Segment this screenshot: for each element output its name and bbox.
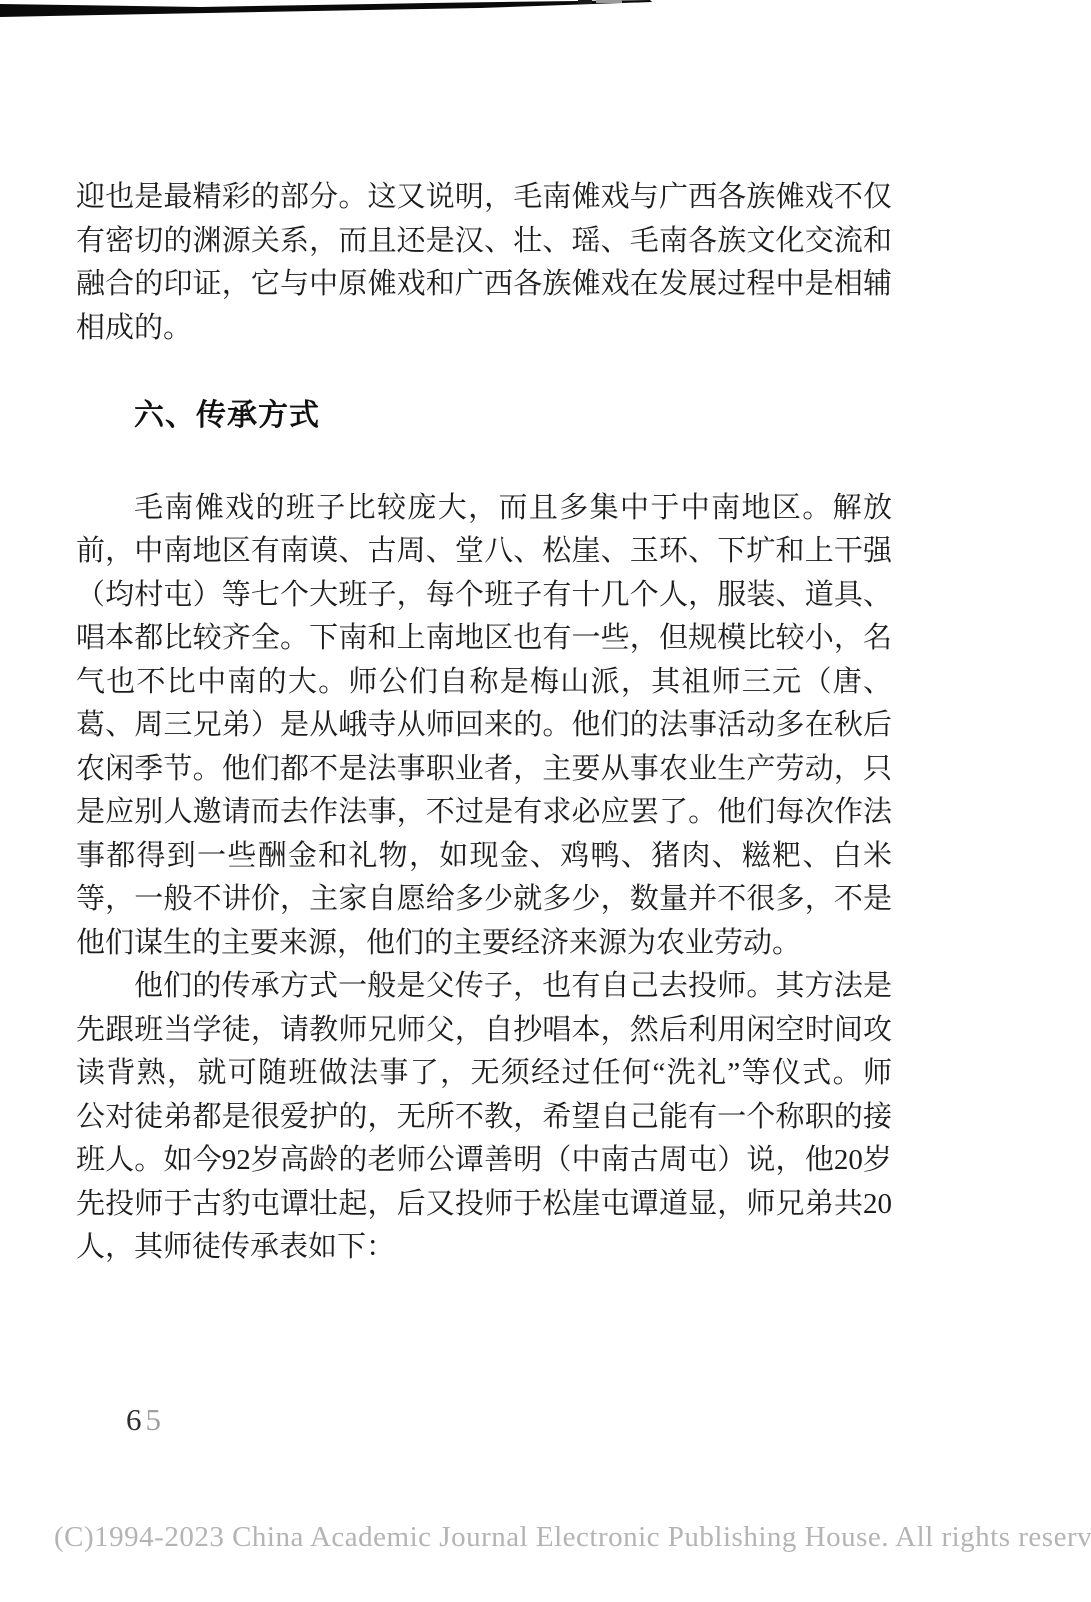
text-line: 班人。如今92岁高龄的老师公谭善明（中南古周屯）说，他20岁 [76,1139,892,1183]
paragraph-troupes: 毛南傩戏的班子比较庞大，而且多集中于中南地区。解放前，中南地区有南谟、古周、堂八… [76,487,892,966]
text-line: 先投师于古豹屯谭壮起，后又投师于松崖屯谭道显，师兄弟共20 [76,1183,892,1227]
text-line: 毛南傩戏的班子比较庞大，而且多集中于中南地区。解放 [76,487,892,531]
text-line: 公对徒弟都是很爱护的，无所不教，希望自己能有一个称职的接 [76,1096,892,1140]
text-line: 前，中南地区有南谟、古周、堂八、松崖、玉环、下圹和上干强 [76,530,892,574]
page-number-digit-2: 5 [146,1402,166,1437]
text-line: 相成的。 [76,307,892,351]
paragraph-transmission: 他们的传承方式一般是父传子，也有自己去投师。其方法是先跟班当学徒，请教师兄师父，… [76,965,892,1270]
page-number-digit-1: 6 [126,1402,146,1437]
scan-artifact-band [0,0,1091,40]
page-number: 65 [126,1402,165,1438]
text-line: 是应别人邀请而去作法事，不过是有求必应罢了。他们每次作法 [76,791,892,835]
text-line: 有密切的渊源关系，而且还是汉、壮、瑶、毛南各族文化交流和 [76,220,892,264]
text-line: 农闲季节。他们都不是法事职业者，主要从事农业生产劳动，只 [76,748,892,792]
text-line: 融合的印证，它与中原傩戏和广西各族傩戏在发展过程中是相辅 [76,263,892,307]
section-heading: 六、传承方式 [76,394,892,438]
text-line: 迎也是最精彩的部分。这又说明，毛南傩戏与广西各族傩戏不仅 [76,176,892,220]
text-line: 唱本都比较齐全。下南和上南地区也有一些，但规模比较小，名 [76,617,892,661]
copyright-watermark: (C)1994-2023 China Academic Journal Elec… [54,1521,1091,1554]
text-line: 他们谋生的主要来源，他们的主要经济来源为农业劳动。 [76,922,892,966]
text-line: （均村屯）等七个大班子，每个班子有十几个人，服装、道具、 [76,574,892,618]
text-line: 先跟班当学徒，请教师兄师父，自抄唱本，然后利用闲空时间攻 [76,1009,892,1053]
text-line: 事都得到一些酬金和礼物，如现金、鸡鸭、猪肉、糍粑、白米 [76,835,892,879]
text-line: 他们的传承方式一般是父传子，也有自己去投师。其方法是 [76,965,892,1009]
paragraph-continuation: 迎也是最精彩的部分。这又说明，毛南傩戏与广西各族傩戏不仅有密切的渊源关系，而且还… [76,176,892,350]
page-text-block: 迎也是最精彩的部分。这又说明，毛南傩戏与广西各族傩戏不仅有密切的渊源关系，而且还… [76,176,892,1270]
text-line: 气也不比中南的大。师公们自称是梅山派，其祖师三元（唐、 [76,661,892,705]
text-line: 等，一般不讲价，主家自愿给多少就多少，数量并不很多，不是 [76,878,892,922]
text-line: 读背熟，就可随班做法事了，无须经过任何“洗礼”等仪式。师 [76,1052,892,1096]
text-line: 葛、周三兄弟）是从峨寺从师回来的。他们的法事活动多在秋后 [76,704,892,748]
text-line: 人，其师徒传承表如下： [76,1226,892,1270]
